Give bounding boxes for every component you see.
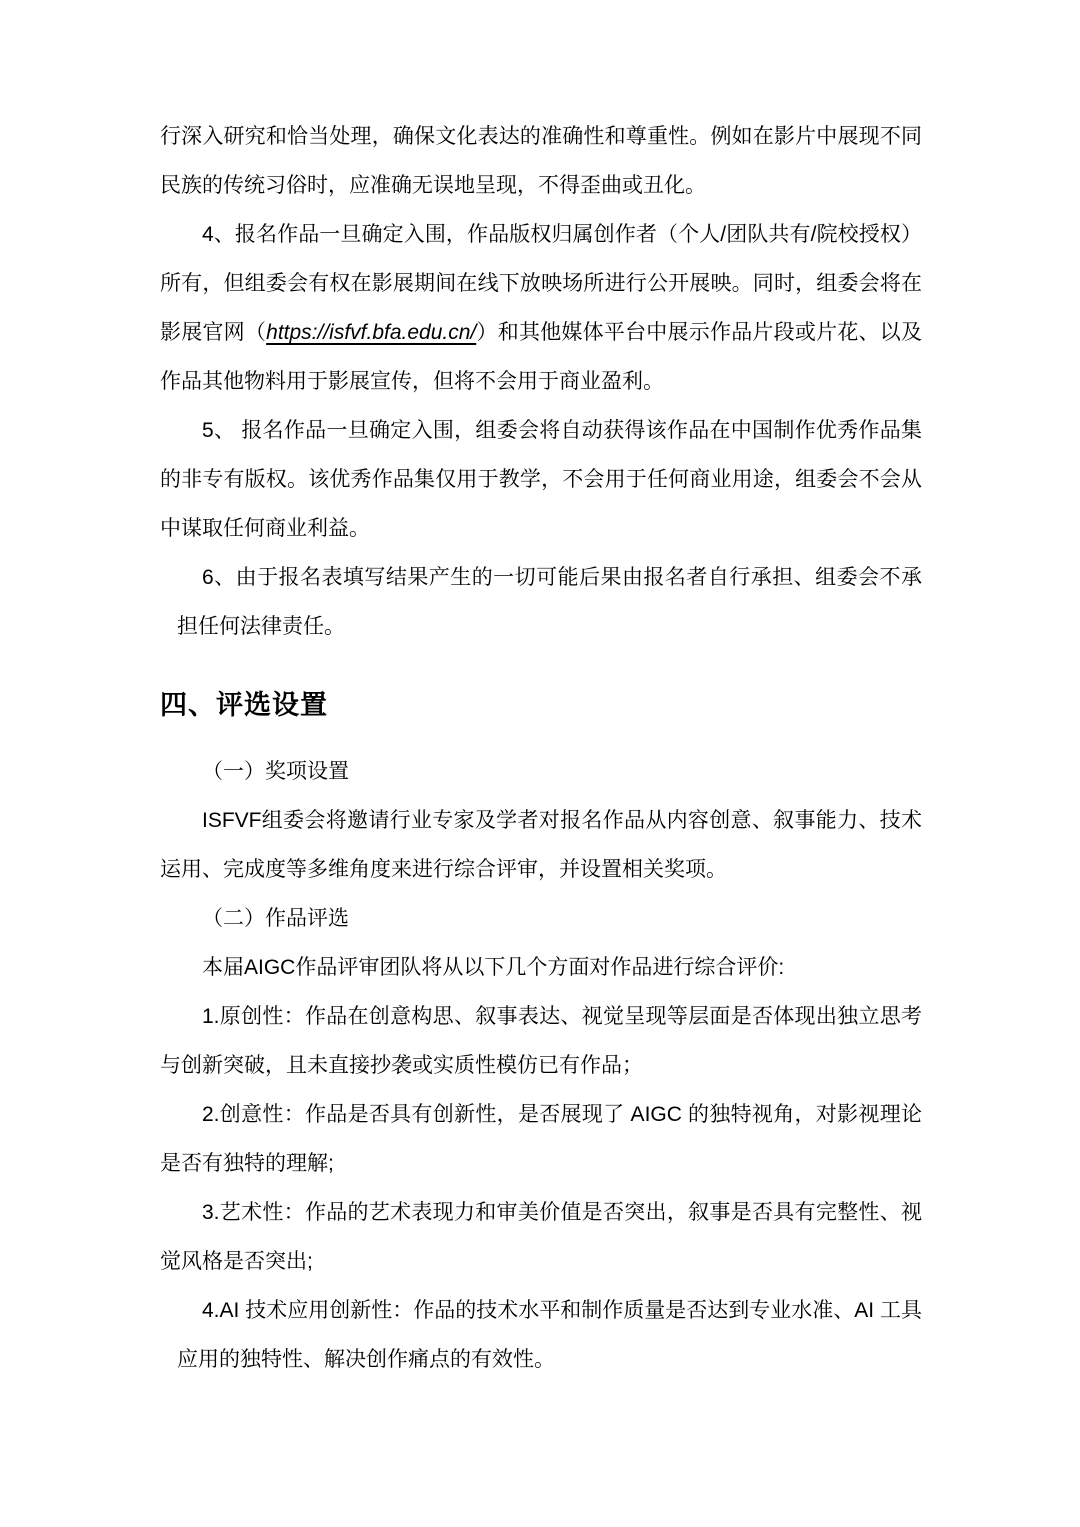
- section-heading-evaluation-setup: 四、评选设置: [160, 688, 922, 722]
- paragraph-item-5: 5、 报名作品一旦确定入围，组委会将自动获得该作品在中国制作优秀作品集的非专有版…: [160, 406, 922, 553]
- paragraph-item-6: 6、由于报名表填写结果产生的一切可能后果由报名者自行承担、组委会不承担任何法律责…: [160, 553, 922, 651]
- criterion-originality: 1.原创性：作品在创意构思、叙事表达、视觉呈现等层面是否体现出独立思考与创新突破…: [160, 992, 922, 1090]
- criterion-artistry: 3.艺术性：作品的艺术表现力和审美价值是否突出，叙事是否具有完整性、视觉风格是否…: [160, 1188, 922, 1286]
- criterion-creativity: 2.创意性：作品是否具有创新性，是否展现了 AIGC 的独特视角，对影视理论是否…: [160, 1090, 922, 1188]
- paragraph-review-intro: 本届AIGC作品评审团队将从以下几个方面对作品进行综合评价:: [160, 943, 922, 992]
- subsection-title-work-selection: （二）作品评选: [160, 894, 922, 943]
- festival-website-link[interactable]: https://isfvf.bfa.edu.cn/: [266, 321, 476, 344]
- subsection-title-awards: （一）奖项设置: [160, 747, 922, 796]
- document-page: 行深入研究和恰当处理，确保文化表达的准确性和尊重性。例如在影片中展现不同民族的传…: [0, 0, 1080, 1527]
- paragraph-awards-description: ISFVF组委会将邀请行业专家及学者对报名作品从内容创意、叙事能力、技术运用、完…: [160, 796, 922, 894]
- paragraph-cultural-accuracy: 行深入研究和恰当处理，确保文化表达的准确性和尊重性。例如在影片中展现不同民族的传…: [160, 112, 922, 210]
- paragraph-item-4: 4、报名作品一旦确定入围，作品版权归属创作者（个人/团队共有/院校授权）所有，但…: [160, 210, 922, 406]
- criterion-ai-tech-innovation: 4.AI 技术应用创新性：作品的技术水平和制作质量是否达到专业水准、AI 工具应…: [160, 1286, 922, 1384]
